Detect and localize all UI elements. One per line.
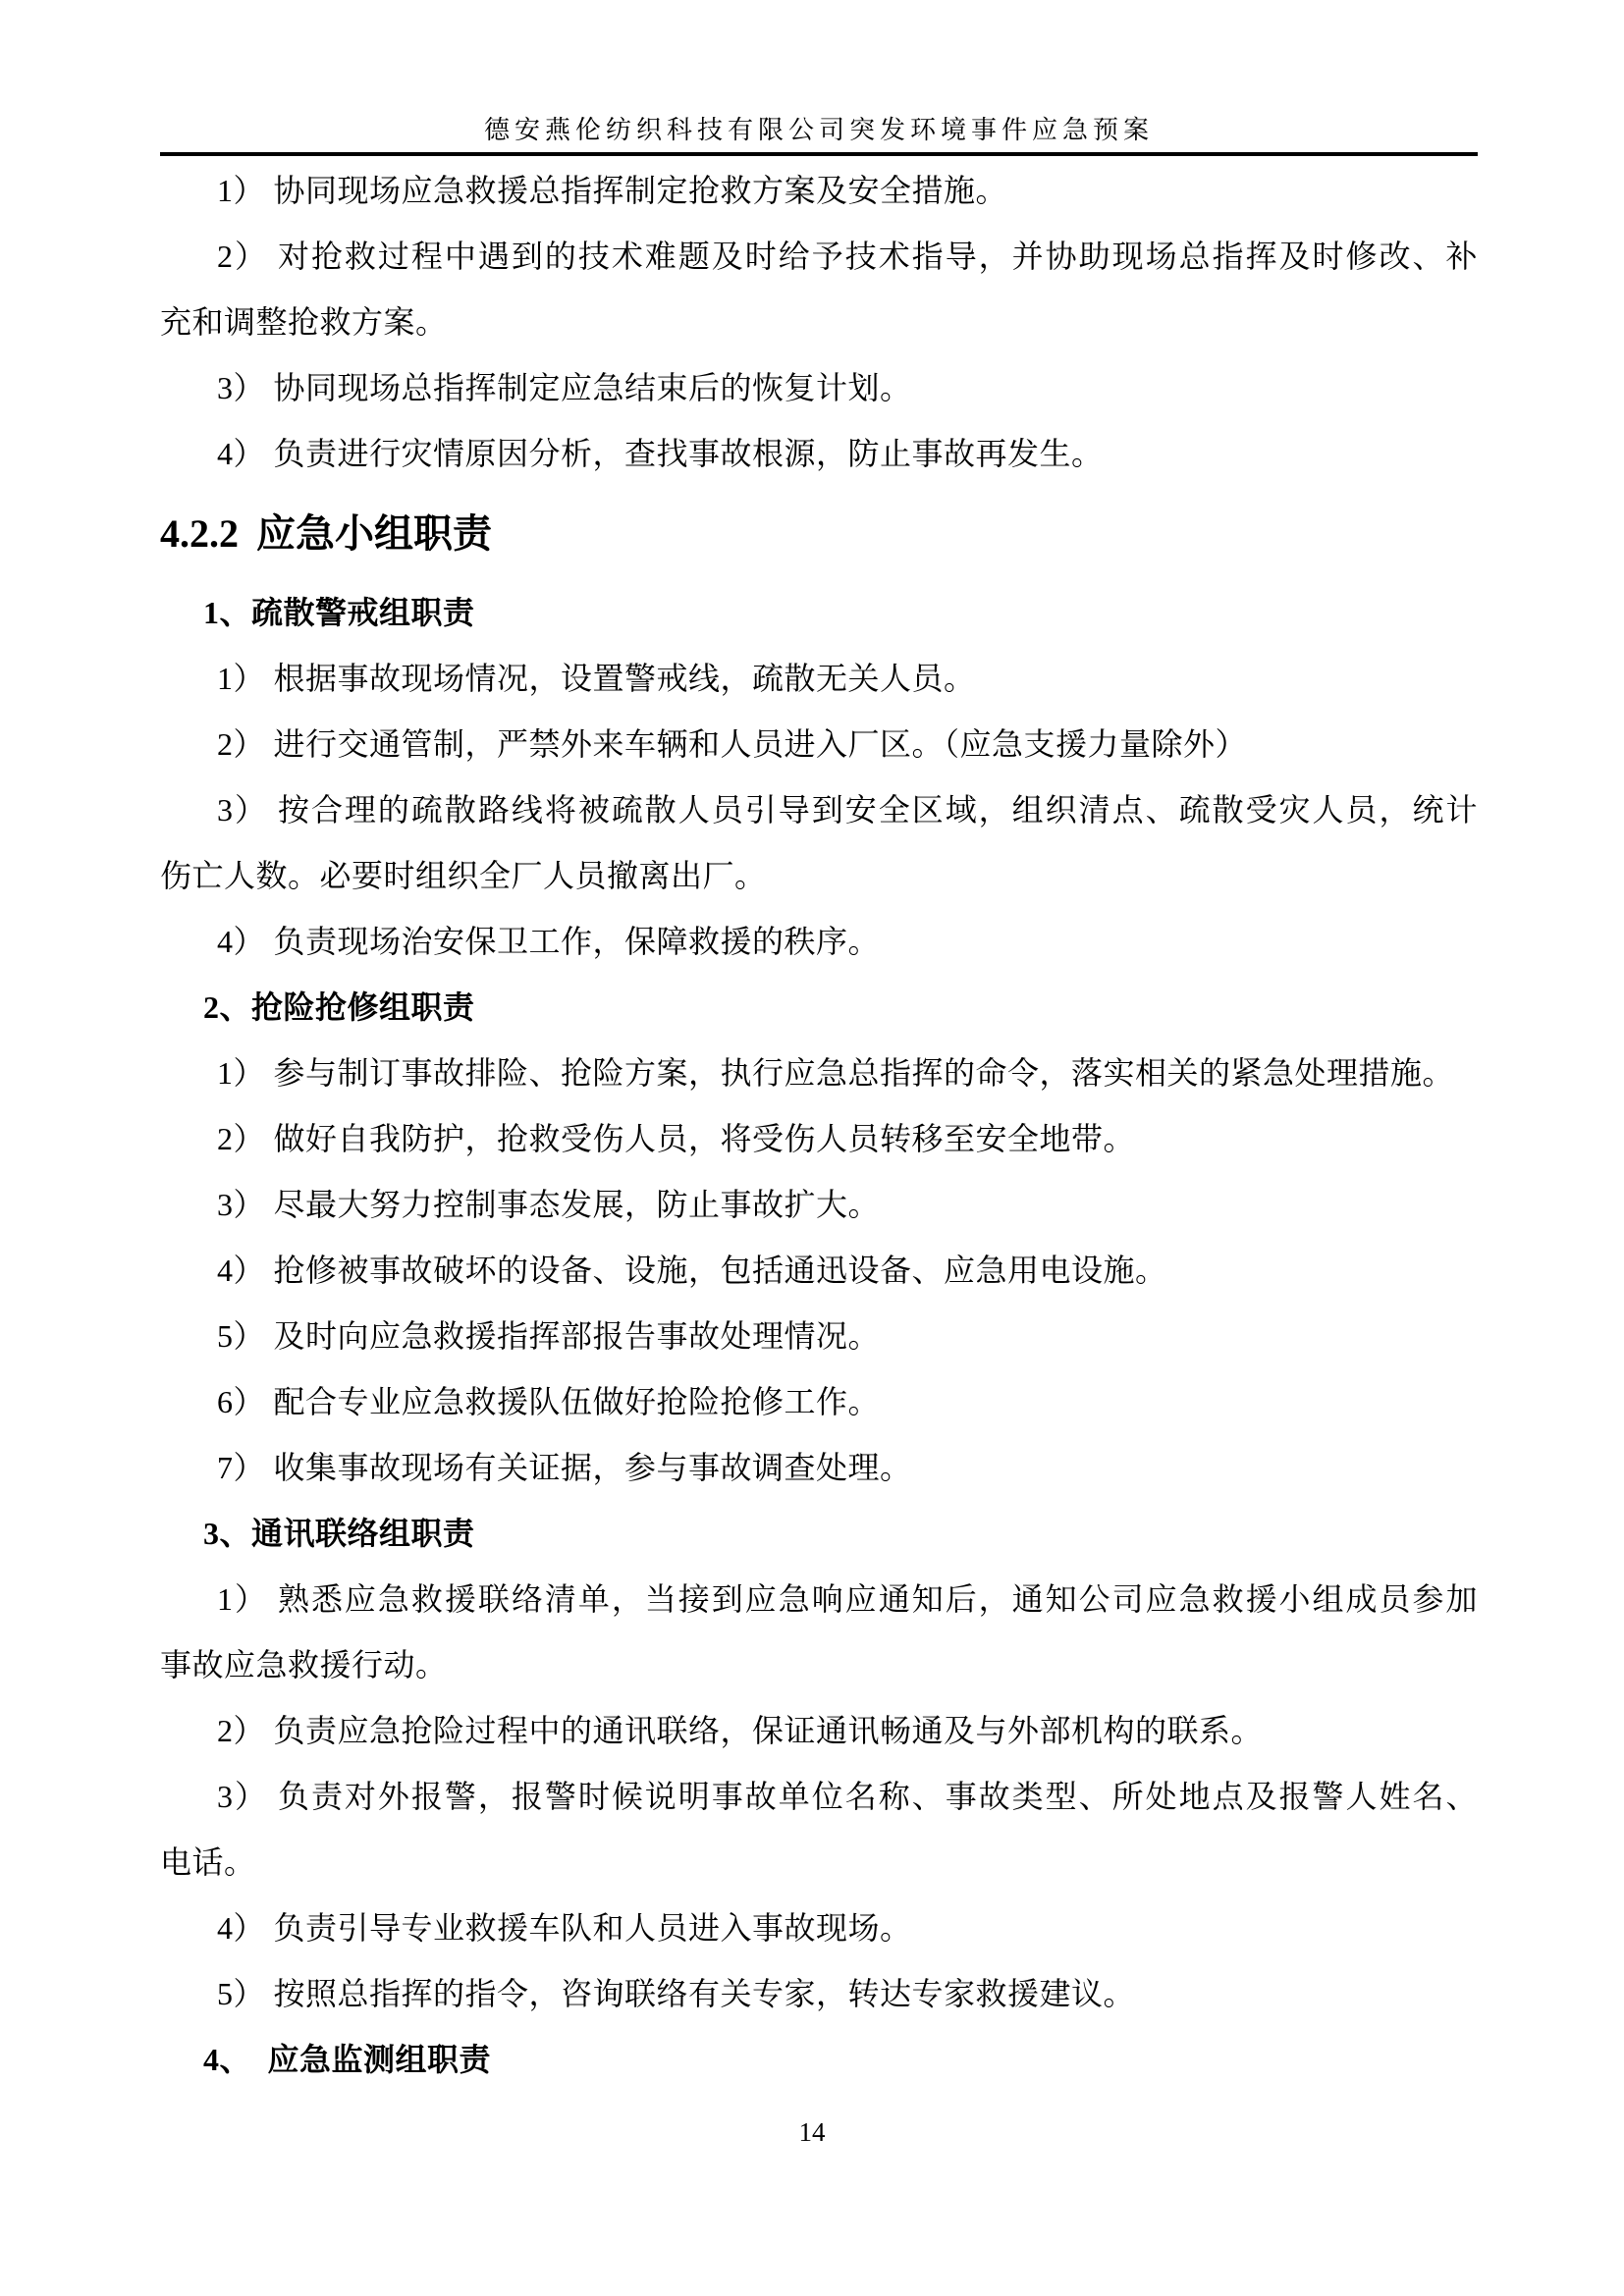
page-footer: 14 bbox=[0, 2106, 1624, 2159]
group-item-line: 1） 参与制订事故排险、抢险方案，执行应急总指挥的命令，落实相关的紧急处理措施。 bbox=[160, 1041, 1478, 1106]
group-item-line: 伤亡人数。必要时组织全厂人员撤离出厂。 bbox=[160, 843, 1478, 909]
section-heading: 4.2.2应急小组职责 bbox=[160, 501, 1478, 566]
section-title: 应急小组职责 bbox=[256, 511, 492, 556]
paragraph-line: 1） 协同现场应急救援总指挥制定抢救方案及安全措施。 bbox=[160, 158, 1478, 224]
section-number: 4.2.2 bbox=[160, 511, 239, 556]
group-heading: 4、 应急监测组职责 bbox=[160, 2027, 1478, 2093]
group-item-line: 3） 尽最大努力控制事态发展，防止事故扩大。 bbox=[160, 1172, 1478, 1238]
group-item-line: 4） 负责引导专业救援车队和人员进入事故现场。 bbox=[160, 1896, 1478, 1961]
paragraph-line: 4） 负责进行灾情原因分析，查找事故根源，防止事故再发生。 bbox=[160, 421, 1478, 487]
group-item-line: 4） 抢修被事故破坏的设备、设施，包括通迅设备、应急用电设施。 bbox=[160, 1238, 1478, 1304]
group-item-line: 5） 按照总指挥的指令，咨询联络有关专家，转达专家救援建议。 bbox=[160, 1961, 1478, 2027]
paragraph-line: 2） 对抢救过程中遇到的技术难题及时给予技术指导，并协助现场总指挥及时修改、补 bbox=[160, 224, 1478, 290]
group-item-line: 3） 按合理的疏散路线将被疏散人员引导到安全区域，组织清点、疏散受灾人员，统计 bbox=[160, 777, 1478, 843]
group-item-line: 6） 配合专业应急救援队伍做好抢险抢修工作。 bbox=[160, 1369, 1478, 1435]
group-item-line: 1） 根据事故现场情况，设置警戒线，疏散无关人员。 bbox=[160, 646, 1478, 712]
document-page: 德安燕伦纺织科技有限公司突发环境事件应急预案 1） 协同现场应急救援总指挥制定抢… bbox=[0, 0, 1624, 2296]
group-item-line: 2） 负责应急抢险过程中的通讯联络，保证通讯畅通及与外部机构的联系。 bbox=[160, 1698, 1478, 1764]
document-body: 1） 协同现场应急救援总指挥制定抢救方案及安全措施。 2） 对抢救过程中遇到的技… bbox=[160, 158, 1478, 2093]
group-heading: 3、通讯联络组职责 bbox=[160, 1501, 1478, 1567]
group-heading: 2、抢险抢修组职责 bbox=[160, 975, 1478, 1041]
paragraph-line: 充和调整抢救方案。 bbox=[160, 290, 1478, 355]
header-title: 德安燕伦纺织科技有限公司突发环境事件应急预案 bbox=[484, 118, 1154, 143]
group-item-line: 事故应急救援行动。 bbox=[160, 1632, 1478, 1698]
group-heading: 1、疏散警戒组职责 bbox=[160, 580, 1478, 646]
group-item-line: 7） 收集事故现场有关证据，参与事故调查处理。 bbox=[160, 1435, 1478, 1501]
group-item-line: 电话。 bbox=[160, 1830, 1478, 1896]
group-item-line: 4） 负责现场治安保卫工作，保障救援的秩序。 bbox=[160, 909, 1478, 975]
group-item-line: 2） 进行交通管制，严禁外来车辆和人员进入厂区。（应急支援力量除外） bbox=[160, 712, 1478, 777]
group-item-line: 5） 及时向应急救援指挥部报告事故处理情况。 bbox=[160, 1304, 1478, 1369]
group-item-line: 1） 熟悉应急救援联络清单，当接到应急响应通知后，通知公司应急救援小组成员参加 bbox=[160, 1567, 1478, 1632]
page-number: 14 bbox=[799, 2117, 826, 2147]
group-item-line: 2） 做好自我防护，抢救受伤人员，将受伤人员转移至安全地带。 bbox=[160, 1106, 1478, 1172]
page-header: 德安燕伦纺织科技有限公司突发环境事件应急预案 bbox=[160, 0, 1478, 156]
paragraph-line: 3） 协同现场总指挥制定应急结束后的恢复计划。 bbox=[160, 355, 1478, 421]
group-item-line: 3） 负责对外报警，报警时候说明事故单位名称、事故类型、所处地点及报警人姓名、 bbox=[160, 1764, 1478, 1830]
